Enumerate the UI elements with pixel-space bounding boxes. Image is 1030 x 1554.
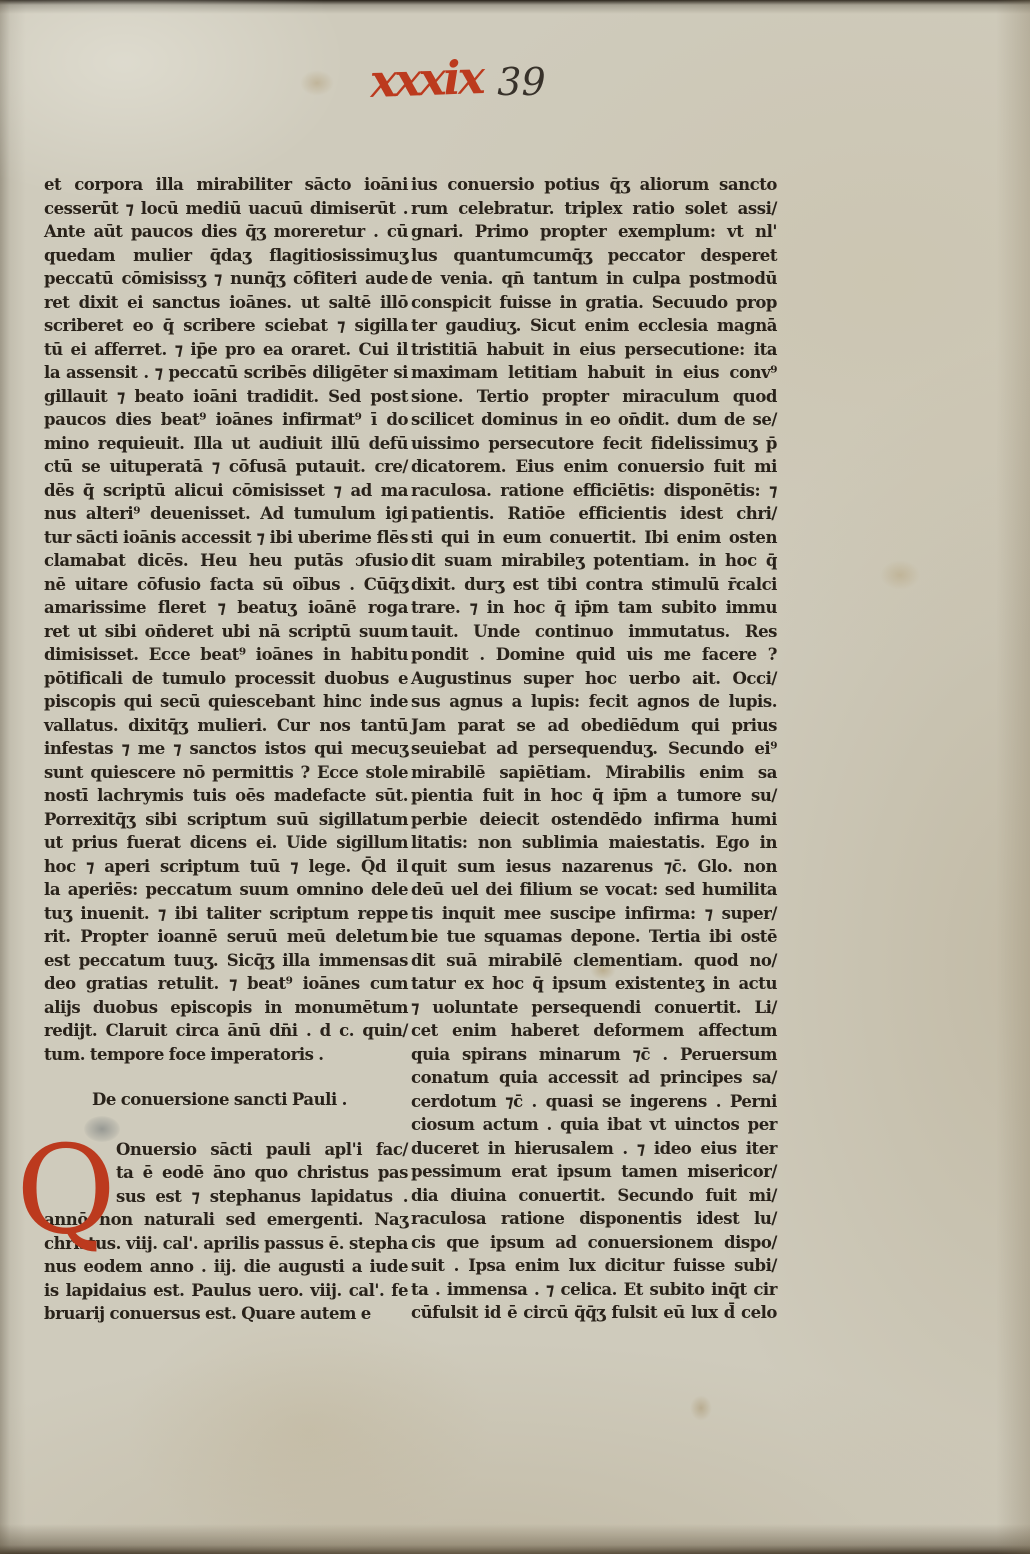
text-line: maximam letitiam habuit in eius conv⁹ [411,361,777,385]
text-line: rit. Propter ioannē seruū meū deletum [44,925,408,949]
text-line: ius conuersio potius q̄ʒ aliorum sancto [411,173,777,197]
text-line: rum celebratur. triplex ratio solet assi… [411,197,777,221]
text-line: bruarij conuersus est. Quare autem e [44,1302,408,1326]
text-line: lus quantumcumq̄ʒ peccator desperet [411,244,777,268]
text-line: Ante aūt paucos dies q̄ʒ moreretur . cū [44,220,408,244]
text-line: sione. Tertio propter miraculum quod [411,385,777,409]
text-line: infestas ⁊ me ⁊ sanctos istos qui mecuʒ [44,737,408,761]
text-line: bie tue squamas depone. Tertia ibi ostē [411,925,777,949]
text-line: conatum quia accessit ad principes sa/ [411,1066,777,1090]
text-line: gnari. Primo propter exemplum: vt nl' [411,220,777,244]
text-line: conspicit fuisse in gratia. Secuudo prop [411,291,777,315]
text-line: tristitiā habuit in eius persecutione: i… [411,338,777,362]
folio-arabic-numeral: 39 [497,59,545,105]
manuscript-page: xxxix 39 et corpora illa mirabiliter sāc… [0,0,1030,1554]
text-line: mirabilē sapiētiam. Mirabilis enim sa [411,761,777,785]
chapter-opening-paragraph: Q Onuersio sācti pauli apl'i fac/ta ē eo… [44,1138,408,1326]
text-line: la assensit . ⁊ peccatū scribēs diligēte… [44,361,408,385]
text-line: cet enim haberet deformem affectum [411,1019,777,1043]
text-line: pōtificali de tumulo processit duobus e [44,667,408,691]
text-line: redijt. Claruit circa ānū dn̄i . d c. qu… [44,1019,408,1043]
text-line: Jam parat se ad obediēdum qui prius [411,714,777,738]
text-line: Porrexitq̄ʒ sibi scriptum suū sigillatum [44,808,408,832]
text-line: quit sum iesus nazarenus ⁊c̄. Glo. non [411,855,777,879]
text-line: deo gratias retulit. ⁊ beat⁹ ioānes cum [44,972,408,996]
left-column-lines: et corpora illa mirabiliter sācto ioānic… [44,173,408,1043]
text-line: paucos dies beat⁹ ioānes infirmat⁹ ī do [44,408,408,432]
text-line: pessimum erat ipsum tamen misericor/ [411,1160,777,1184]
text-line: ret dixit ei sanctus ioānes. ut saltē il… [44,291,408,315]
text-line: dia diuina conuertit. Secundo fuit mi/ [411,1184,777,1208]
text-line: ciosum actum . quia ibat vt uinctos per [411,1113,777,1137]
text-line: et corpora illa mirabiliter sācto ioāni [44,173,408,197]
text-line: cerdotum ⁊c̄ . quasi se ingerens . Perni [411,1090,777,1114]
text-line: tuʒ inuenit. ⁊ ibi taliter scriptum repp… [44,902,408,926]
text-line: tauit. Unde continuo immutatus. Res [411,620,777,644]
text-line: alijs duobus episcopis in monumētum [44,996,408,1020]
text-line: suit . Ipsa enim lux dicitur fuisse subi… [411,1254,777,1278]
chapter-heading-text: De conuersione sancti Pauli . [92,1088,408,1112]
text-line: vallatus. dixitq̄ʒ mulieri. Cur nos tant… [44,714,408,738]
text-line: perbie deiecit ostendēdo infirma humi [411,808,777,832]
folio-roman-numeral: xxxix [369,54,483,104]
text-line: de venia. qn̄ tantum in culpa postmodū [411,267,777,291]
text-line: piscopis qui secū quiescebant hinc inde [44,690,408,714]
text-line: gillauit ⁊ beato ioāni tradidit. Sed pos… [44,385,408,409]
paper-stain [880,560,920,590]
text-line: trare. ⁊ in hoc q̄ ip̄m tam subito immu [411,596,777,620]
text-line: scriberet eo q̄ scribere sciebat ⁊ sigil… [44,314,408,338]
left-text-column: et corpora illa mirabiliter sācto ioānic… [44,173,408,1326]
text-line: la aperiēs: peccatum suum omnino dele [44,878,408,902]
text-line: dit suam mirabileʒ potentiam. in hoc q̄ [411,549,777,573]
text-line: tū ei afferret. ⁊ ip̄e pro ea oraret. Cu… [44,338,408,362]
rubricated-initial-q: Q [16,1140,116,1240]
chapter-heading: De conuersione sancti Pauli . [44,1088,408,1112]
text-line: hoc ⁊ aperi scriptum tuū ⁊ lege. Q̄d il [44,855,408,879]
text-line: ter gaudiuʒ. Sicut enim ecclesia magnā [411,314,777,338]
right-text-column: ius conuersio potius q̄ʒ aliorum sanctor… [411,173,777,1325]
text-line: ret ut sibi on̄deret ubi nā scriptū suum [44,620,408,644]
text-line: deū uel dei filium se vocat: sed humilit… [411,878,777,902]
text-line: cesserūt ⁊ locū mediū uacuū dimiserūt . [44,197,408,221]
text-line: duceret in hierusalem . ⁊ ideo eius iter [411,1137,777,1161]
text-line: tur sācti ioānis accessit ⁊ ibi uberime … [44,526,408,550]
text-line: peccatū cōmisissʒ ⁊ nunq̄ʒ cōfiteri aude [44,267,408,291]
text-line: is lapidaius est. Paulus uero. viij. cal… [44,1279,408,1303]
text-line: sus agnus a lupis: fecit agnos de lupis. [411,690,777,714]
text-line: ⁊ uoluntate persequendi conuertit. Li/ [411,996,777,1020]
text-line: pondit . Domine quid uis me facere ? [411,643,777,667]
paper-stain [690,1395,712,1421]
text-line: cis que ipsum ad conuersionem dispo/ [411,1231,777,1255]
text-line: dixit. durʒ est tibi contra stimulū r̄ca… [411,573,777,597]
text-line: raculosa. ratione efficiētis: disponētis… [411,479,777,503]
text-line: ut prius fuerat dicens ei. Uide sigillum [44,831,408,855]
text-line: tatur ex hoc q̄ ipsum existenteʒ in actu [411,972,777,996]
text-line: est peccatum tuuʒ. Sicq̄ʒ illa immensas [44,949,408,973]
text-line: quedam mulier q̄daʒ flagitiosissimuʒ [44,244,408,268]
text-line: dit suā mirabilē clementiam. quod no/ [411,949,777,973]
text-line: uissimo persecutore fecit fidelissimuʒ p… [411,432,777,456]
text-line: mino requieuit. Illa ut audiuit illū def… [44,432,408,456]
folio-number: xxxix 39 [370,56,546,105]
text-line: nostī lachrymis tuis oēs madefacte sūt. [44,784,408,808]
text-line: dicatorem. Eius enim conuersio fuit mi [411,455,777,479]
text-line: ctū se uituperatā ⁊ cōfusā putauit. cre/ [44,455,408,479]
text-line: amarissime fleret ⁊ beatuʒ ioānē roga [44,596,408,620]
right-column-lines: ius conuersio potius q̄ʒ aliorum sanctor… [411,173,777,1301]
text-line: sunt quiescere nō permittis ? Ecce stole [44,761,408,785]
text-line: raculosa ratione disponentis idest lu/ [411,1207,777,1231]
text-line: pientia fuit in hoc q̄ ip̄m a tumore su/ [411,784,777,808]
text-line: dēs q̄ scriptū alicui cōmisisset ⁊ ad ma [44,479,408,503]
text-line: seuiebat ad persequenduʒ. Secundo ei⁹ [411,737,777,761]
text-line: Augustinus super hoc uerbo ait. Occi/ [411,667,777,691]
text-line: quia spirans minarum ⁊c̄ . Peruersum [411,1043,777,1067]
text-line: tis inquit mee suscipe infirma: ⁊ super/ [411,902,777,926]
text-line: litatis: non sublimia maiestatis. Ego in [411,831,777,855]
paper-stain [300,70,334,96]
text-line: nus alteri⁹ deuenisset. Ad tumulum igi [44,502,408,526]
text-line: ta . immensa . ⁊ celica. Et subito inq̄t… [411,1278,777,1302]
text-line: sti qui in eum conuertit. Ibi enim osten [411,526,777,550]
text-line: clamabat dicēs. Heu heu putās ɔfusio [44,549,408,573]
text-line: patientis. Ratiōe efficientis idest chri… [411,502,777,526]
text-line: nē uitare cōfusio facta sū oībus . Cūq̄ʒ [44,573,408,597]
text-line: cūfulsit id ē circū q̄q̄ʒ fulsit eū lux … [411,1301,777,1325]
text-line: dimisisset. Ecce beat⁹ ioānes in habitu [44,643,408,667]
text-line: tum. tempore foce imperatoris . [44,1043,408,1067]
text-line: scilicet dominus in eo on̄dit. dum de se… [411,408,777,432]
